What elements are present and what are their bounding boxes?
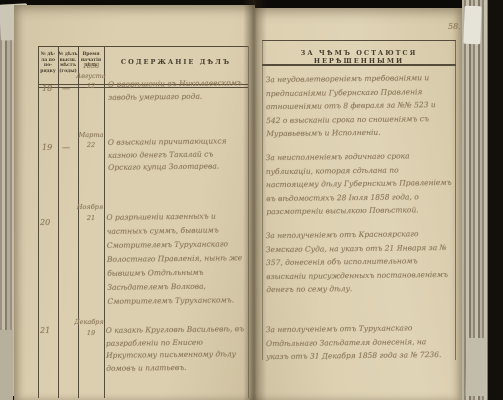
- row1-number: 18: [42, 84, 52, 93]
- ledger-photo: 58. № дѣ- ла по по- рядку № дѣлъ высш. м…: [0, 0, 503, 400]
- row1-month: Августа: [76, 72, 106, 81]
- right-entry-2: За неисполненіемъ годичнаго срока публик…: [266, 149, 453, 219]
- left-page-title: СОДЕРЖАНІЕ ДѢЛЪ: [104, 58, 248, 66]
- right-entry-3: За неполученіемъ отъ Красноярскаго Земск…: [266, 227, 449, 297]
- paper-edge-bottom-left: [0, 330, 13, 400]
- row3-case-summary: О разрѣшеніи казенныхъ и частныхъ суммъ,…: [106, 209, 247, 309]
- right-page-title: ЗА ЧѢМЪ ОСТАЮТСЯ НЕРѢШЕННЫМИ: [262, 49, 456, 65]
- row2-case-summary: О взысканіи причитающихся казною денегъ …: [108, 135, 245, 174]
- background-right: [488, 0, 503, 400]
- paper-edge-bottom-right: [465, 338, 486, 396]
- page-number: 58.: [448, 22, 461, 31]
- right-box-vline-right: [455, 40, 456, 360]
- left-col2-header: № дѣлъ высш. мѣстъ (годы): [58, 52, 78, 74]
- row3-number: 20: [40, 218, 50, 227]
- row4-case-summary: О казакѣ Кругловѣ Васильевѣ, въ разграбл…: [106, 323, 249, 375]
- right-entry-1: За неудовлетвореніемъ требованіями и пре…: [266, 71, 453, 141]
- right-box-top-rule: [262, 40, 456, 41]
- left-col1-header: № дѣ- ла по по- рядку: [38, 52, 58, 74]
- row1-year: 1858: [78, 62, 104, 71]
- row2-month: Марта: [76, 131, 106, 140]
- row4-day: 19: [78, 329, 104, 338]
- row4-month: Декабря: [72, 318, 106, 327]
- row1-case-summary: О разрѣшеніи въ Николаевскомъ заводѣ уме…: [108, 77, 245, 104]
- right-box-vline-left: [262, 40, 263, 360]
- row1-day: 12: [78, 82, 104, 91]
- row1-ditto-mark: —: [62, 84, 70, 93]
- left-table-vline-right: [248, 46, 249, 398]
- row2-number: 19: [42, 143, 52, 152]
- row2-ditto-mark: —: [62, 143, 70, 152]
- row3-day: 21: [78, 214, 104, 223]
- bookmark-tab-top-right: [463, 6, 481, 45]
- row3-month: Ноября: [74, 203, 106, 212]
- row2-day: 22: [78, 141, 104, 150]
- row4-number: 21: [40, 326, 50, 335]
- left-table-vline-4: [104, 46, 105, 398]
- right-entry-4: За неполученіемъ отъ Туруханскаго Отдѣль…: [266, 321, 450, 364]
- left-table-vline-2: [58, 46, 59, 398]
- left-table-top-rule: [38, 46, 248, 47]
- left-table-vline-outer: [38, 46, 39, 398]
